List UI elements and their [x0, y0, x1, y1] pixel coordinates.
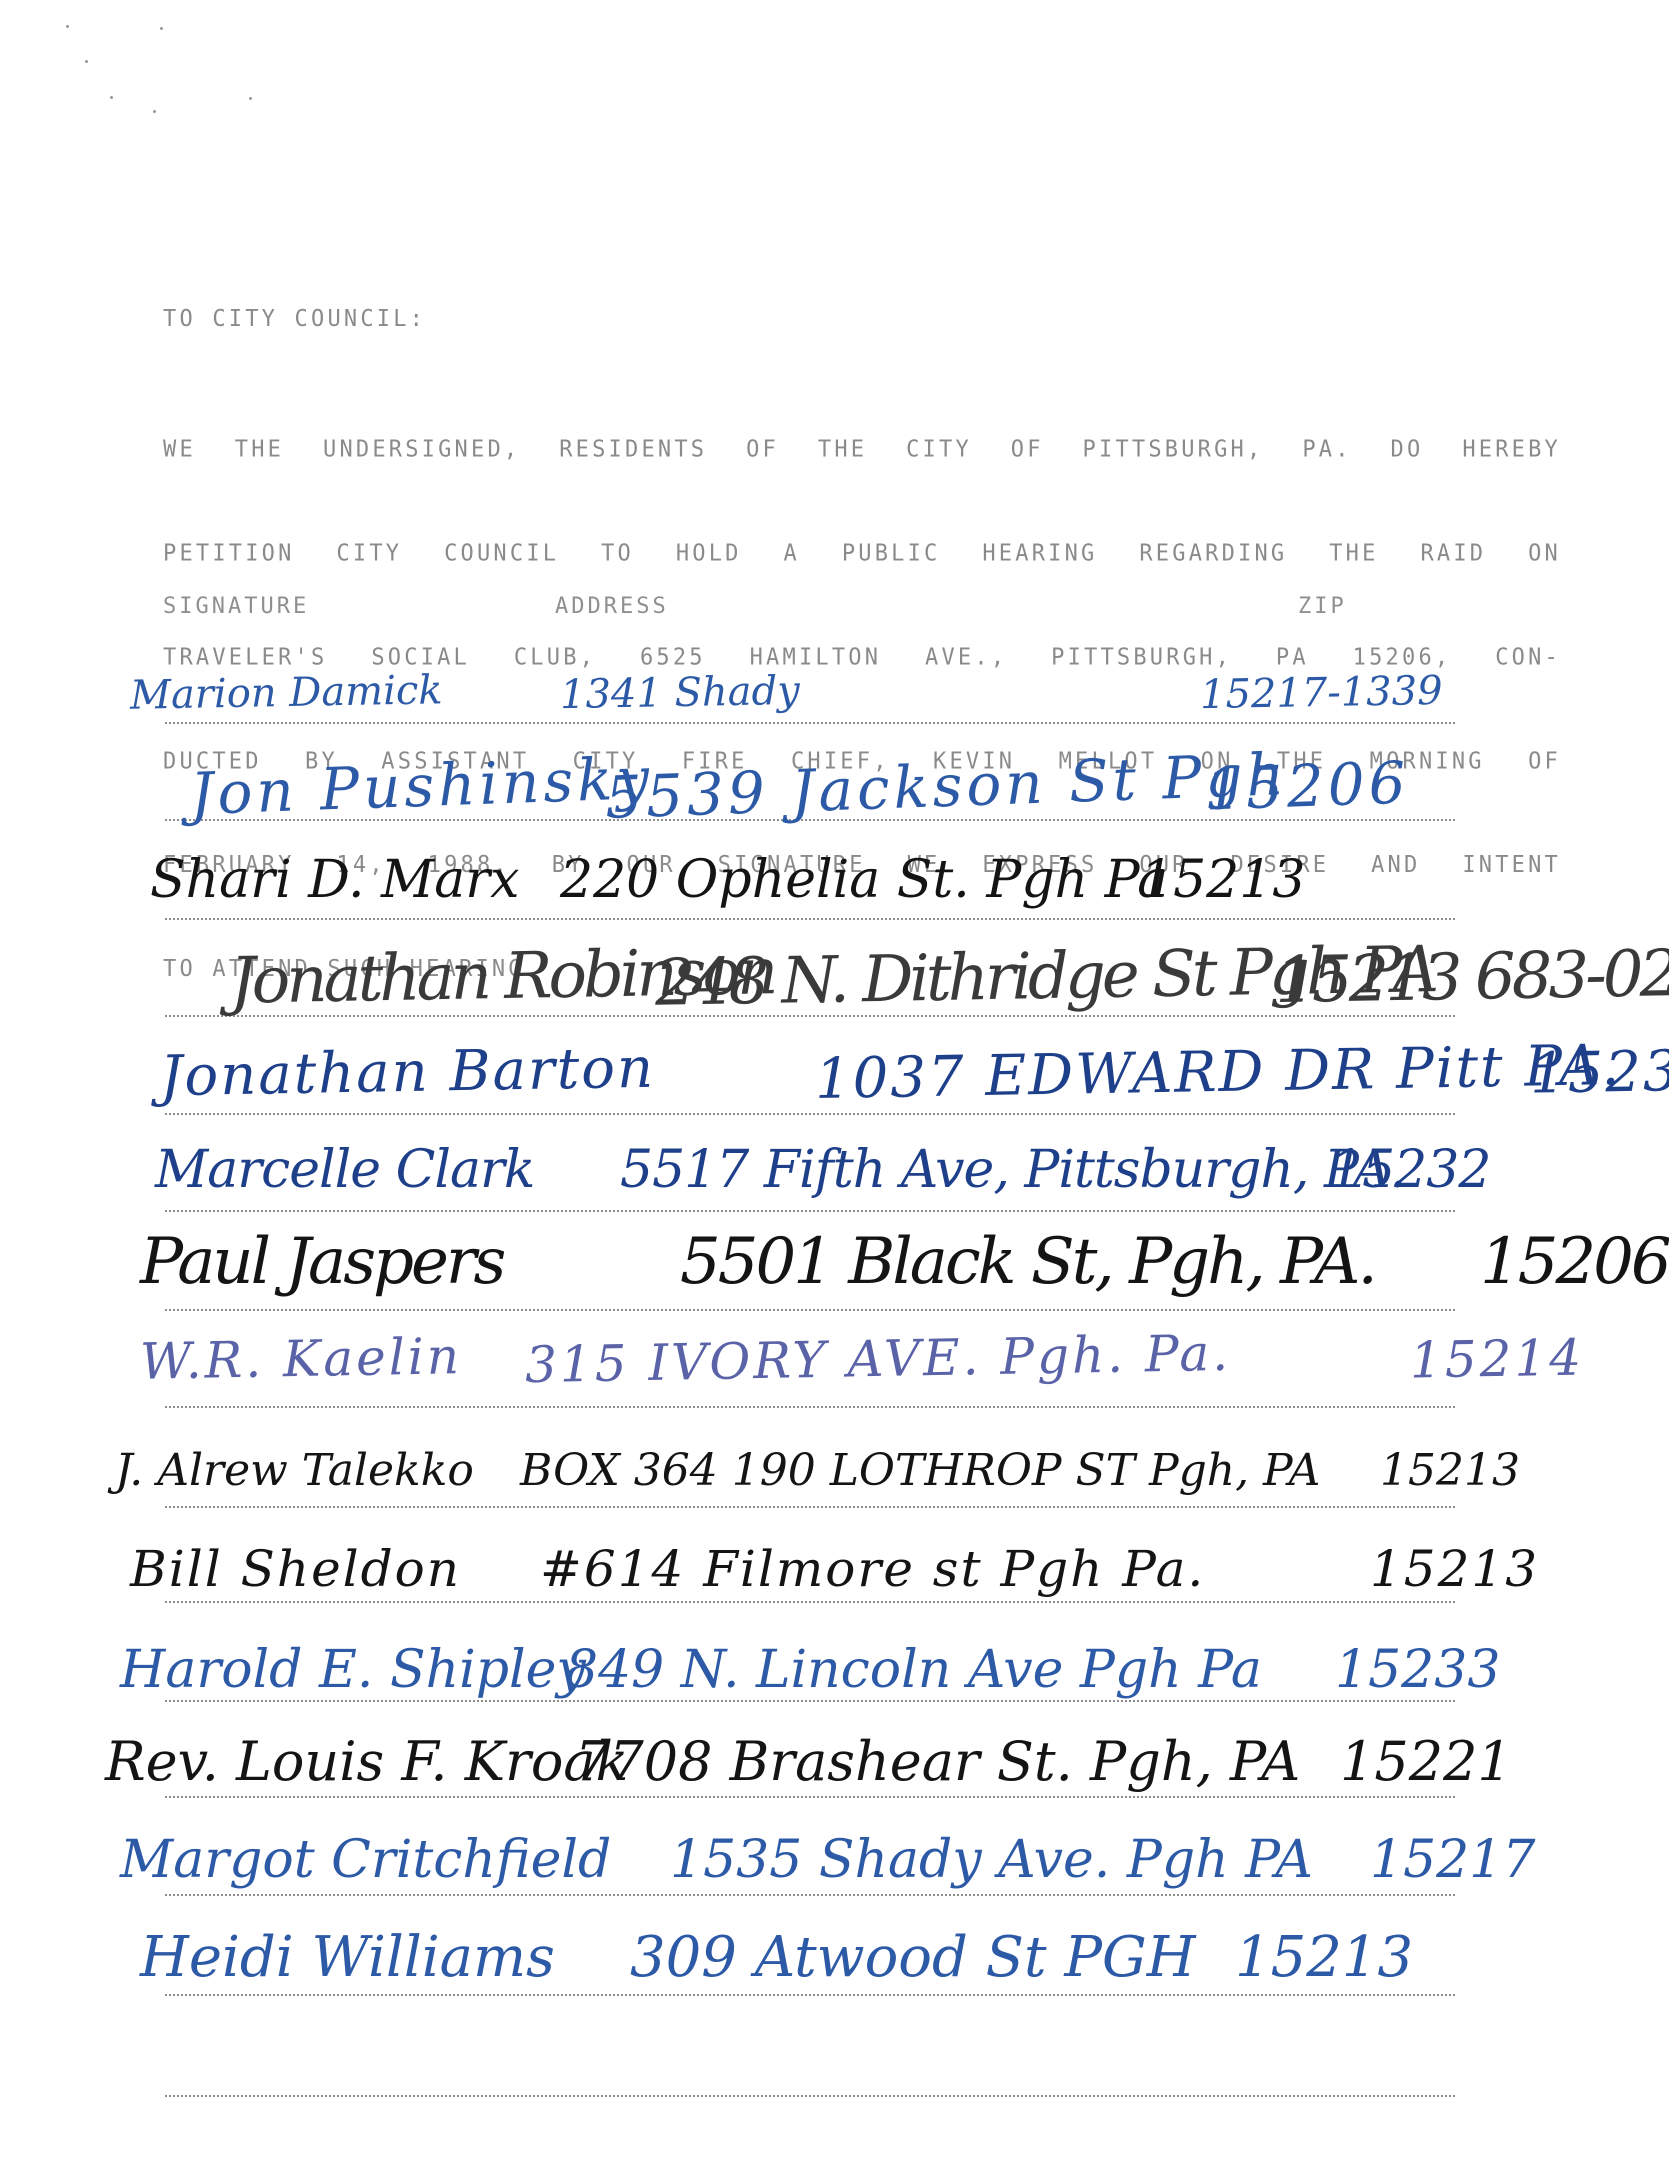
column-header-signature: SIGNATURE	[163, 594, 309, 619]
entry-signature: W.R. Kaelin	[140, 1327, 463, 1391]
entry-signature: Jonathan Barton	[159, 1036, 655, 1110]
entry-address: BOX 364 190 LOTHROP ST Pgh, PA	[520, 1445, 1320, 1496]
column-header-zip: ZIP	[1298, 594, 1347, 619]
entry-signature: Marion Damick	[130, 667, 443, 718]
entry-signature: Rev. Louis F. Kroak	[105, 1730, 628, 1793]
entry-zip: 15233	[1335, 1640, 1500, 1700]
signature-line	[165, 1894, 1455, 1896]
entry-zip: 15213 683-0237	[1274, 936, 1669, 1018]
entry-zip: 15217-1339	[1200, 668, 1443, 718]
petition-page: TO CITY COUNCIL: WE THE UNDERSIGNED, RES…	[0, 0, 1669, 2160]
scan-speck	[85, 60, 88, 63]
scan-speck	[66, 25, 69, 28]
entry-signature: Heidi Williams	[140, 1925, 555, 1990]
signature-line	[165, 1210, 1455, 1212]
signature-line	[165, 1700, 1455, 1702]
petition-line: PETITION CITY COUNCIL TO HOLD A PUBLIC H…	[163, 536, 1561, 571]
signature-line	[165, 1796, 1455, 1798]
entry-address: 1341 Shady	[560, 668, 801, 718]
entry-zip: 15232	[1529, 1038, 1669, 1106]
signature-line	[165, 1309, 1455, 1311]
signature-line	[165, 2095, 1455, 2097]
entry-zip: 15221	[1340, 1730, 1512, 1793]
entry-zip: 15213	[1380, 1445, 1520, 1496]
entry-signature: J. Alrew Talekko	[115, 1445, 474, 1496]
entry-zip: 15213	[1140, 850, 1305, 910]
entry-address: 315 IVORY AVE. Pgh. Pa.	[525, 1324, 1232, 1394]
entry-signature: Harold E. Shipley	[120, 1640, 586, 1700]
entry-zip: 15206	[1204, 748, 1411, 823]
entry-signature: Paul Jaspers	[140, 1225, 503, 1299]
petition-line: WE THE UNDERSIGNED, RESIDENTS OF THE CIT…	[163, 432, 1561, 467]
scan-speck	[160, 27, 163, 30]
entry-address: 309 Atwood St PGH	[630, 1925, 1196, 1990]
entry-zip: 15206	[1480, 1225, 1669, 1299]
entry-address: #614 Filmore st Pgh Pa.	[540, 1540, 1205, 1598]
entry-address: 5517 Fifth Ave, Pittsburgh, PA.	[620, 1140, 1405, 1200]
entry-address: 1535 Shady Ave. Pgh PA	[670, 1830, 1313, 1890]
entry-address: 849 N. Lincoln Ave Pgh Pa	[565, 1640, 1262, 1700]
entry-zip: 15214	[1410, 1328, 1585, 1389]
entry-zip: 15232	[1330, 1140, 1490, 1200]
signature-line	[165, 1994, 1455, 1996]
signature-line	[165, 1113, 1455, 1115]
entry-address: 7708 Brashear St. Pgh, PA	[575, 1730, 1300, 1793]
entry-zip: 15217	[1370, 1830, 1535, 1890]
signature-line	[165, 918, 1455, 920]
entry-zip: 15213	[1370, 1540, 1539, 1598]
entry-signature: Bill Sheldon	[130, 1540, 461, 1598]
entry-signature: Marcelle Clark	[155, 1140, 534, 1200]
addressee-line: TO CITY COUNCIL:	[163, 302, 426, 337]
signature-line	[165, 1601, 1455, 1603]
scan-speck	[249, 97, 252, 100]
entry-address: 220 Ophelia St. Pgh Pa	[560, 850, 1168, 910]
entry-signature: Margot Critchfield	[120, 1830, 611, 1890]
entry-address: 5501 Black St, Pgh, PA.	[680, 1225, 1375, 1299]
signature-line	[165, 1406, 1455, 1408]
scan-speck	[153, 110, 156, 113]
signature-line	[165, 1506, 1455, 1508]
entry-signature: Shari D. Marx	[150, 850, 519, 910]
signature-line	[165, 722, 1455, 724]
entry-address: 1037 EDWARD DR Pitt PA.	[814, 1033, 1621, 1112]
entry-zip: 15213	[1235, 1925, 1413, 1990]
scan-speck	[110, 96, 113, 99]
column-header-address: ADDRESS	[555, 594, 669, 619]
